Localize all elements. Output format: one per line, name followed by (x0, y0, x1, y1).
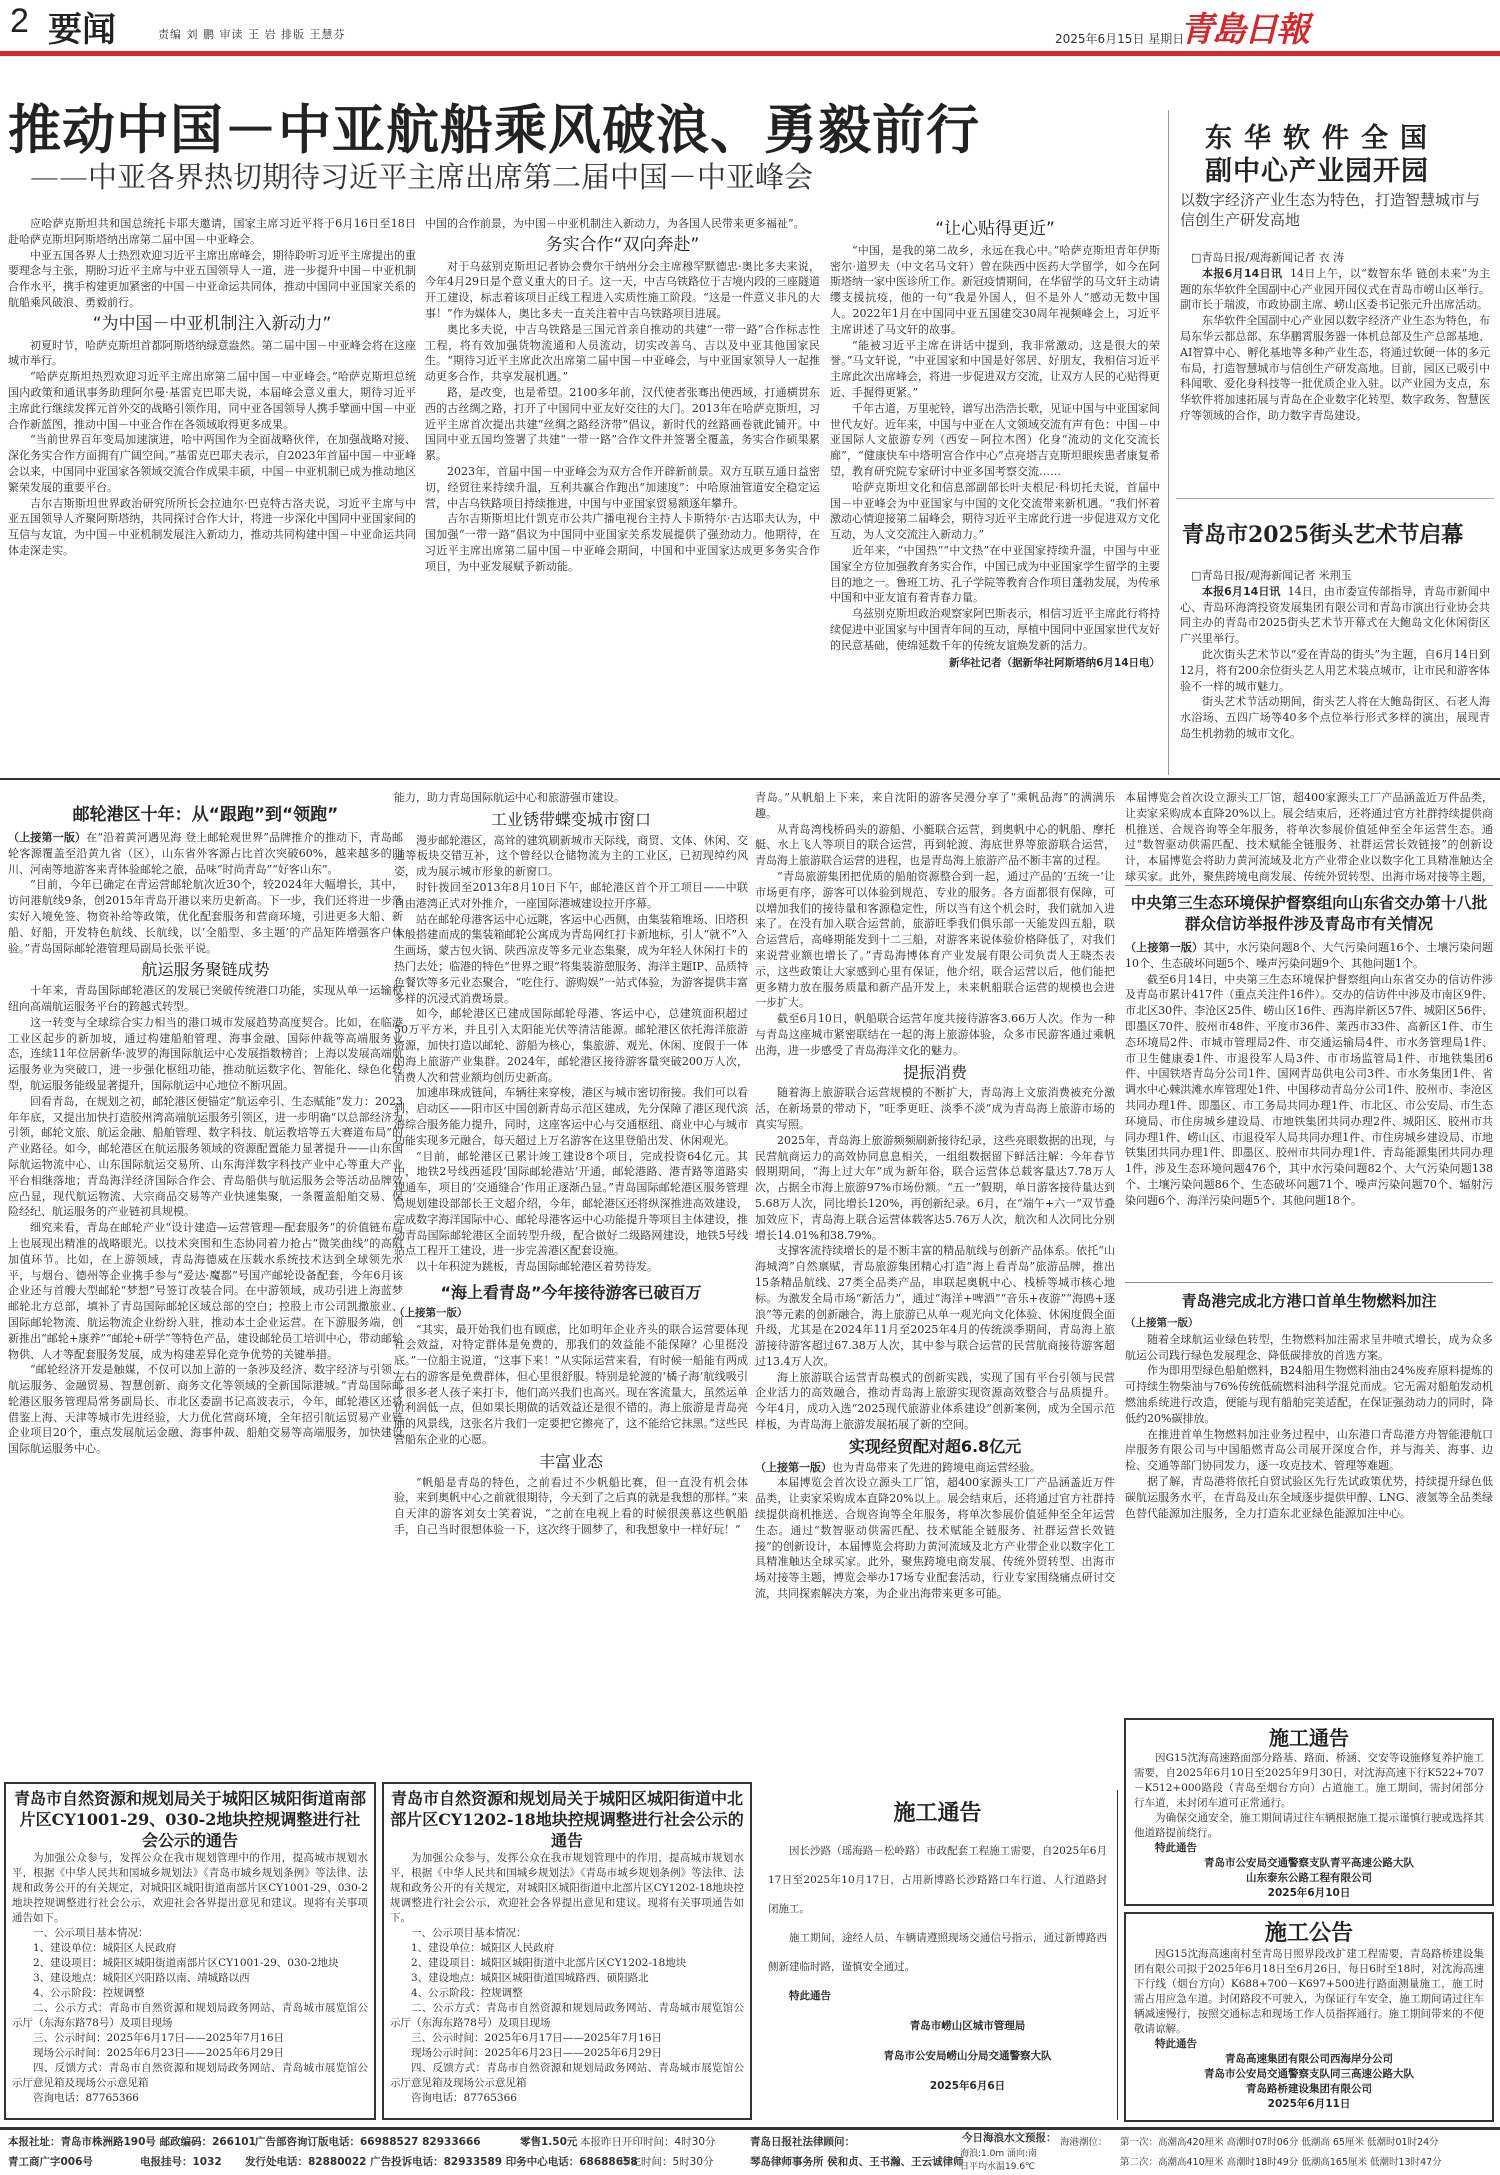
signer: 青岛市公安局交通警察支队同三高速公路大队 (1134, 2067, 1484, 2082)
paragraph: 东华软件全国副中心产业园以数字经济产业生态为特色，布局东华云都总部、东华鹏霄服务… (1180, 313, 1490, 424)
headline-line: 东华软件全国 (1205, 122, 1439, 155)
planning-notice-1: 青岛市自然资源和规划局关于城阳区城阳街道南部片区CY1001-29、030-2地… (4, 1782, 376, 2120)
notice-title: 施工公告 (1134, 1916, 1484, 1947)
paragraph: 时针拨回至2013年8月10日下午，邮轮港区首个开工项目——中联自由港湾正式对外… (394, 880, 748, 912)
lead-subheadline: ——中亚各界热切期待习近平主席出席第二届中国－中亚峰会 (30, 155, 813, 196)
section-heading: 提振消费 (755, 1065, 1115, 1081)
headline-line: 副中心产业园开园 (1205, 155, 1439, 188)
paragraph: “目前，邮轮港区已累计竣工建设8个项目，完成投资64亿元。其中，地铁2号线西延段… (394, 1149, 748, 1260)
list-item: 1、建设单位：城阳区人民政府 (12, 1941, 368, 1956)
paragraph: “目前，今年已确定在青运营邮轮航次近30个，较2024年大幅增长，其中，访问港航… (8, 877, 403, 956)
construction-notice-3: 施工公告 因G15沈海高速南村至青岛日照界段改扩建工程需要，青岛路桥建设集团有限… (1124, 1912, 1494, 2122)
paragraph: 在推进首单生物燃料加注业务过程中，山东港口青岛港方舟智能港航口岸服务有限公司与中… (1125, 1427, 1493, 1474)
paragraph: （上接第一版）在“沿着黄河遇见海 登上邮轮观世界”品牌推介的推动下，青岛邮轮客源… (8, 830, 403, 877)
signer: 青岛高速集团有限公司西海岸分公司 (1134, 2052, 1484, 2067)
paragraph: 吉尔吉斯斯坦比什凯克市公共广播电视台主持人卡斯特尔·古达耶夫认为，中国加强“一带… (425, 511, 820, 574)
donghua-headline: 东华软件全国 副中心产业园开园 (1205, 122, 1439, 188)
art-festival-body: □青岛日报/观海新闻记者 米荆玉 本报6月14日讯 14日，由市委宣传部指导，青… (1180, 568, 1490, 742)
paragraph: 支撑客流持续增长的是不断丰富的精品航线与创新产品体系。依托“山海城湾”自然禀赋，… (755, 1243, 1115, 1369)
paragraph: 路，是改变，也是希望。2100多年前，汉代使者张骞出使西域，打通横贯东西的古丝绸… (425, 385, 820, 464)
lead-column-2: 中国的合作前景，为中国－中亚机制注入新动力，为各国人民带来更多福祉”。 务实合作… (425, 216, 820, 575)
paragraph: 回看青岛，在规划之初，邮轮港区便锚定“航运牵引、生态赋能”发力：2023年年底，… (8, 1094, 403, 1220)
paragraph: 如今，邮轮港区已建成国际邮轮母港、客运中心，总建筑面积超过50万平方米，并且引入… (394, 1006, 748, 1085)
tide-second: 第二次：高潮高410厘米 高潮时18时49分 低潮高165厘米 低潮时13时47… (1120, 2154, 1442, 2168)
list-item: 三、公示时间：2025年6月17日——2025年7月16日 (12, 2031, 368, 2046)
donghua-body: □青岛日报/观海新闻记者 衣 涛 本报6月14日讯 14日上午，以“数智东华 链… (1180, 250, 1490, 424)
paragraph: 漫步邮轮港区，高耸的建筑刷新城市天际线，商贸、文体、休闲、交通等板块交错互补，这… (394, 833, 748, 880)
paragraph: 这一转变与全球综合实力相当的港口城市发展趋势高度契合。比如，在临港工业区起步的新… (8, 1015, 403, 1094)
paragraph: 为加强公众参与，发挥公众在我市规划管理中的作用，提高城市规划水平，根据《中华人民… (390, 1851, 744, 1926)
planning-notice-2: 青岛市自然资源和规划局关于城阳区城阳街道中北部片区CY1202-18地块控规调整… (382, 1782, 752, 2120)
section-divider (0, 778, 1500, 780)
paragraph: 应哈萨克斯坦共和国总统托卡耶夫邀请，国家主席习近平将于6月16日至18日赴哈萨克… (8, 216, 416, 248)
lead-column-1: 应哈萨克斯坦共和国总统托卡耶夫邀请，国家主席习近平将于6月16日至18日赴哈萨克… (8, 216, 416, 559)
masthead: 2 要闻 责编 刘 鹏 审读 王 岩 排版 王慧芬 2025年6月15日 星期日… (0, 0, 1500, 56)
construction-notice-2: 施工通告 因G15沈海高速路面部分路基、路面、桥涵、交安等设施修复养护施工需要，… (1124, 1718, 1494, 1906)
paragraph: 截至6月14日，中央第三生态环境保护督察组向山东省交办的信访件涉及青岛市累计41… (1125, 972, 1493, 1209)
biofuel-headline: 青岛港完成北方港口首单生物燃料加注 (1125, 1290, 1493, 1311)
cruise-column-3: 青岛。”从帆船上下来，来自沈阳的游客吴漫分享了“乘帆品海”的满满乐趣。 从青岛湾… (755, 790, 1115, 1775)
footer-phones: 发行处电话：82880022 广告投诉电话：82933589 印务中心电话：68… (245, 2154, 638, 2169)
paragraph: 作为即用型绿色船舶燃料，B24船用生物燃料油由24%废弃原料提炼的可持续生物柴油… (1125, 1363, 1493, 1426)
list-item: 四、反馈方式：青岛市自然资源和规划局政务网站、青岛城市展览馆公示厅意见箱及现场公… (12, 2061, 368, 2091)
paragraph: 初夏时节，哈萨克斯坦首都阿斯塔纳绿意盎然。第二届中国－中亚峰会将在这座城市举行。 (8, 338, 416, 370)
list-item: 3、建设地点：城阳区城阳街道国城路西、硕阳路北 (390, 1971, 744, 1986)
paragraph: 本届博览会首次设立源头工厂馆，超400家源头工厂产品涵盖近万件品类，让卖家采购成… (1125, 790, 1493, 885)
footer: 本报社址：青岛市株洲路190号 邮政编码：266101 广告部咨询订版电话：66… (0, 2130, 1500, 2175)
list-item: 咨询电话：87765366 (390, 2091, 744, 2106)
list-item: 现场公示时间：2025年6月23日——2025年6月29日 (12, 2046, 368, 2061)
lead-byline: 新华社记者（据新华社阿斯塔纳6月14日电） (830, 656, 1160, 672)
paragraph: 细究来看，青岛在邮轮产业“设计建造—运营管理—配套服务”的价值链布局上也展现出精… (8, 1220, 403, 1362)
paragraph: 施工期间，途经人员、车辆请遵照现场交通信号指示，通过新博路西侧新建临时路，谨慎安… (768, 1924, 1107, 1982)
paragraph: 本报6月14日讯 14日，由市委宣传部指导，青岛市新闻中心、青岛环海湾投资发展集… (1180, 584, 1490, 647)
list-item: 3、建设地点：城阳区兴阳路以南、靖城路以西 (12, 1971, 368, 1986)
paragraph: 能力，助力青岛国际航运中心和旅游强市建设。 (394, 790, 748, 806)
footer-address: 本报社址：青岛市株洲路190号 邮政编码：266101 (8, 2134, 256, 2149)
tide-wave: 海浪:1.0m 涌向:南 (960, 2146, 1037, 2159)
masthead-rule (0, 51, 1500, 56)
paragraph-text: 也为青岛带来了先进的跨境电商运营经验。 (832, 1461, 1041, 1474)
tide-label: 海港潮位： (1060, 2134, 1108, 2148)
lead-headline: 推动中国－中亚航船乘风破浪、勇毅前行 (8, 88, 980, 164)
signer-date: 2025年6月10日 (1134, 1886, 1484, 1901)
section-heading: 丰富业态 (394, 1454, 748, 1470)
paragraph: 为确保交通安全，施工期间请过往车辆根据施工提示谨慎行驶或选择其他道路提前绕行。 (1134, 1811, 1484, 1841)
byline: □青岛日报/观海新闻记者 米荆玉 (1180, 568, 1490, 584)
footer-telegram: 电报挂号：1032 (140, 2154, 222, 2169)
paragraph: 奥比多夫说，中吉乌铁路是三国元首亲自推动的共建“一带一路”合作标志性工程，将有效… (425, 322, 820, 385)
paragraph: “帆船是青岛的特色，之前看过不少帆船比赛，但一直没有机会体验，来到奥帆中心之前就… (394, 1475, 748, 1538)
editor-credits: 责编 刘 鹏 审读 王 岩 排版 王慧芬 (158, 26, 345, 42)
column-divider (1168, 110, 1169, 775)
footer-license: 青工商广字006号 (8, 2154, 93, 2169)
notice-closing: 特此通告 (768, 1982, 1107, 2011)
list-item: 一、公示项目基本情况： (390, 1926, 744, 1941)
list-item: 现场公示时间：2025年6月23日——2025年6月29日 (390, 2046, 744, 2061)
section-heading: “让心贴得更近” (830, 222, 1160, 238)
legal-advisor-names: 琴岛律师事务所 侯和贞、王书瀚、王云诚律师 (750, 2154, 964, 2169)
footer-print-end: 印完时间：5时30分 (620, 2154, 714, 2169)
list-item: 二、公示方式：青岛市自然资源和规划局政务网站、青岛城市展览馆公示厅（东海东路78… (12, 2001, 368, 2031)
list-item: 1、建设单位：城阳区人民政府 (390, 1941, 744, 1956)
lead-tag: （上接第一版） (755, 1461, 832, 1474)
list-item: 三、公示时间：2025年6月17日——2025年7月16日 (390, 2031, 744, 2046)
paragraph: 本报6月14日讯 14日上午，以“数智东华 链创未来”为主题的东华软件全国副中心… (1180, 266, 1490, 313)
notice-closing: 特此通告 (1134, 2037, 1484, 2052)
paragraph: “能被习近平主席在讲话中提到，我非常激动，这是很大的荣誉。”马文轩说，“中亚国家… (830, 338, 1160, 401)
paragraph: 海上旅游联合运营青岛模式的创新实践，实现了国有平台引领与民营企业活力的高效融合，… (755, 1370, 1115, 1433)
list-item: 咨询电话：87765366 (12, 2091, 368, 2106)
section-name: 要闻 (48, 2, 116, 51)
paragraph: 对于乌兹别克斯坦记者协会费尔干纳州分会主席穆罕默德忠·奥比多夫来说，今年4月29… (425, 259, 820, 322)
tide-forecast-title: 今日海浪水文预报： (962, 2130, 1057, 2145)
paragraph: 青岛。”从帆船上下来，来自沈阳的游客吴漫分享了“乘帆品海”的满满乐趣。 (755, 790, 1115, 822)
tide-temp: 日平均水温19.6℃ (960, 2159, 1035, 2172)
paragraph: 吉尔吉斯斯坦世界政治研究所所长会拉迪尔·巴克特古洛夫说，习近平主席与中亚五国领导… (8, 496, 416, 559)
paragraph: （上接第一版）也为青岛带来了先进的跨境电商运营经验。 (755, 1460, 1115, 1476)
notice-title: 青岛市自然资源和规划局关于城阳区城阳街道中北部片区CY1202-18地块控规调整… (390, 1788, 744, 1851)
paragraph: 本届博览会首次设立源头工厂馆，超400家源头工厂产品涵盖近万件品类，让卖家采购成… (755, 1475, 1115, 1601)
art-festival-headline: 青岛市2025街头艺术节启幕 (1182, 518, 1463, 549)
paragraph: 中国的合作前景，为中国－中亚机制注入新动力，为各国人民带来更多福祉”。 (425, 216, 820, 232)
footer-ad-phone: 广告部咨询订版电话：66988527 82933666 (255, 2134, 481, 2149)
section-heading: 实现经贸配对超6.8亿元 (755, 1439, 1115, 1455)
paragraph: “哈萨克斯坦热烈欢迎习近平主席出席第二届中国－中亚峰会。”哈萨克斯坦总统国内政策… (8, 369, 416, 432)
cruise-column-2: 能力，助力青岛国际航运中心和旅游强市建设。 工业锈带蝶变城市窗口 漫步邮轮港区，… (380, 790, 748, 1775)
construction-notice-1: 施工通告 因长沙路（瑶海路－松岭路）市政配套工程施工需要，自2025年6月17日… (758, 1790, 1118, 2120)
biofuel-body: （上接第一版） 随着全球航运业绿色转型，生物燃料加注需求呈井喷式增长，成为众多航… (1125, 1316, 1493, 1711)
signer: 青岛市公安局交通警察支队青平高速公路大队 (1134, 1856, 1484, 1871)
lead-tag: （上接第一版） (8, 831, 86, 844)
signer: 青岛路桥建设集团有限公司 (1134, 2082, 1484, 2097)
cruise-headline: 邮轮港区十年：从“跟跑”到“领跑” (8, 800, 403, 825)
section-heading: “为中国－中亚机制注入新动力” (8, 317, 416, 333)
paragraph: 随着全球航运业绿色转型，生物燃料加注需求呈井喷式增长，成为众多航运公司践行绿色发… (1125, 1332, 1493, 1364)
lead-tag: （上接第一版） (1125, 1316, 1493, 1332)
legal-advisor-title: 青岛日报社法律顾问： (750, 2134, 855, 2149)
notice-closing: 特此通告 (1134, 1841, 1484, 1856)
story-divider (1125, 885, 1493, 886)
page-number: 2 (10, 2, 29, 41)
paragraph: “青岛旅游集团把优质的船舶资源整合到一起，通过产品的‘五统一’让市场更有序，游客… (755, 869, 1115, 1011)
story-divider (1125, 1282, 1493, 1283)
lead-tag: （上接第一版） (394, 1306, 748, 1322)
paragraph: （上接第一版）其中，水污染问题8个、大气污染问题16个、土壤污染问题10个、生态… (1125, 940, 1493, 972)
section-heading: 航运服务聚链成势 (8, 962, 403, 978)
signer-date: 2025年6月11日 (1134, 2097, 1484, 2112)
paragraph: 街头艺术节活动期间，街头艺人将在大鲍岛街区、石老人海水浴场、五四广场等40多个点… (1180, 694, 1490, 741)
paragraph: 随着海上旅游联合运营规模的不断扩大，青岛海上文旅消费被充分激活，在新场景的带动下… (755, 1085, 1115, 1132)
paragraph: 据了解，青岛港将依托自贸试验区先行先试政策优势，持续提升绿色低碳航运服务水平，在… (1125, 1474, 1493, 1521)
lead-tag: （上接第一版） (1125, 941, 1203, 954)
paragraph: 站在邮轮母港客运中心远眺，客运中心西侧，由集装箱堆场、旧塔积木般搭建而成的集装箱… (394, 912, 748, 1007)
paragraph: “邮轮经济开发是触媒，不仅可以加上游的一条涉及经济、数字经济与引领、航运服务、金… (8, 1362, 403, 1457)
list-item: 4、公示阶段：控规调整 (390, 1986, 744, 2001)
inspection-body: （上接第一版）其中，水污染问题8个、大气污染问题16个、土壤污染问题10个、生态… (1125, 940, 1493, 1280)
cruise-column-4: 本届博览会首次设立源头工厂馆，超400家源头工厂产品涵盖近万件品类，让卖家采购成… (1125, 790, 1493, 885)
paragraph: 加速串珠成链间，车辆往来穿梭，港区与城市密切衔接。我们可以看到，启动区——阳市区… (394, 1085, 748, 1148)
dateline: 本报6月14日讯 (1202, 267, 1282, 280)
paragraph: “中国，是我的第二故乡，永远在我心中。”哈萨克斯坦青年伊斯密尔·道罗夫（中文名马… (830, 243, 1160, 338)
notice-title: 青岛市自然资源和规划局关于城阳区城阳街道南部片区CY1001-29、030-2地… (12, 1788, 368, 1851)
paragraph: “其实，最开始我们也有顾虑，比如明年企业齐头的联合运营要体现社会效益，对特定群体… (394, 1322, 748, 1448)
paragraph: 为加强公众参与，发挥公众在我市规划管理中的作用，提高城市规划水平，根据《中华人民… (12, 1851, 368, 1926)
footer-price: 零售1.50元 (520, 2134, 577, 2149)
paragraph: 2025年，青岛海上旅游频频刷新接待纪录，这些亮眼数据的出现，与民营航商运力的高… (755, 1133, 1115, 1244)
paragraph: 以十年积淀为跳板，青岛国际邮轮港区着势待发。 (394, 1259, 748, 1275)
paragraph: 因G15沈海高速路面部分路基、路面、桥涵、交安等设施修复养护施工需要，自2025… (1134, 1751, 1484, 1811)
dateline: 本报6月14日讯 (1202, 585, 1281, 598)
signer: 山东泰东公路工程有限公司 (1134, 1871, 1484, 1886)
issue-date: 2025年6月15日 星期日 (1055, 30, 1184, 47)
tide-first: 第一次：高潮高420厘米 高潮时07时06分 低潮高 65厘米 低潮时01时24… (1120, 2134, 1439, 2148)
paragraph: 从青岛湾栈桥码头的游船、小艇联合运营，到奥帆中心的帆船、摩托艇、水上飞人等项目的… (755, 822, 1115, 869)
byline: □青岛日报/观海新闻记者 衣 涛 (1180, 250, 1490, 266)
list-item: 二、公示方式：青岛市自然资源和规划局政务网站、青岛城市展览馆公示厅（东海东路78… (390, 2001, 744, 2031)
paragraph: 因G15沈海高速南村至青岛日照界段改扩建工程需要，青岛路桥建设集团有限公司拟于2… (1134, 1947, 1484, 2037)
notice-title: 施工通告 (768, 1796, 1107, 1827)
section-heading: 务实合作“双向奔赴” (425, 238, 820, 254)
section-heading: “海上看青岛”今年接待游客已破百万 (394, 1285, 748, 1301)
paragraph: 截至6月10日，帆船联合运营年度共接待游客3.66万人次。作为一种与青岛这座城市… (755, 1011, 1115, 1058)
list-item: 四、反馈方式：青岛市自然资源和规划局政务网站、青岛城市展览馆公示厅意见箱及现场公… (390, 2061, 744, 2091)
signer: 青岛市崂山区城市管理局 (828, 2011, 1107, 2041)
list-item: 一、公示项目基本情况： (12, 1926, 368, 1941)
newspaper-logo: 青島日報 (1180, 2, 1308, 51)
list-item: 2、建设项目：城阳区城阳街道南部片区CY1001-29、030-2地块 (12, 1956, 368, 1971)
paragraph: 因长沙路（瑶海路－松岭路）市政配套工程施工需要，自2025年6月17日至2025… (768, 1837, 1107, 1924)
lead-column-3: “让心贴得更近” “中国，是我的第二故乡，永远在我心中。”哈萨克斯坦青年伊斯密尔… (830, 222, 1160, 671)
paragraph: “当前世界百年变局加速演进，哈中两国作为全面战略伙伴，在加强战略对接、深化务实合… (8, 432, 416, 495)
paragraph: 哈萨克斯坦文化和信息部副部长叶夫根尼·科切托夫说，首届中国－中亚峰会为中亚国家与… (830, 480, 1160, 543)
paragraph: 中亚五国各界人士热烈欢迎习近平主席出席峰会，期待聆听习近平主席提出的重要理念与主… (8, 248, 416, 311)
story-divider (1176, 498, 1494, 499)
inspection-headline: 中央第三生态环境保护督察组向山东省交办第十八批群众信访举报件涉及青岛市有关情况 (1125, 893, 1493, 935)
paragraph: 2023年，首届中国－中亚峰会为双方合作开辟新前景。双方互联互通日益密切，经贸往… (425, 464, 820, 511)
cruise-column-1: （上接第一版）在“沿着黄河遇见海 登上邮轮观世界”品牌推介的推动下，青岛邮轮客源… (8, 830, 403, 1765)
list-item: 4、公示阶段：控规调整 (12, 1986, 368, 2001)
donghua-subheadline: 以数字经济产业生态为特色，打造智慧城市与信创生产研发高地 (1180, 190, 1490, 230)
paragraph: 乌兹别克斯坦政治观察家阿巴斯表示，相信习近平主席此行将持续促进中亚国家与中国青年… (830, 606, 1160, 653)
paragraph: 近年来，“中国热”“中文热”在中亚国家持续升温，中国与中亚国家全方位加强教育务实… (830, 543, 1160, 606)
signer: 青岛市公安局崂山分局交通警察大队 (828, 2041, 1107, 2071)
section-heading: 工业锈带蝶变城市窗口 (394, 812, 748, 828)
paragraph: 此次街头艺术节以“爱在青岛的街头”为主题，自6月14日到12月，将有200余位街… (1180, 647, 1490, 694)
paragraph: 十年来，青岛国际邮轮港区的发展已突破传统港口功能，实现从单一运输枢纽向高端航运服… (8, 983, 403, 1015)
list-item: 2、建设项目：城阳区城阳街道中北部片区CY1202-18地块 (390, 1956, 744, 1971)
footer-print-start: 本报昨日开印时间：4时30分 (580, 2134, 716, 2149)
paragraph: 千年古道，万里驼铃，谱写出浩浩长歌，见证中国与中亚国家间世代友好。近年来，中国与… (830, 401, 1160, 480)
notice-title: 施工通告 (1134, 1722, 1484, 1751)
signer-date: 2025年6月6日 (828, 2071, 1107, 2101)
